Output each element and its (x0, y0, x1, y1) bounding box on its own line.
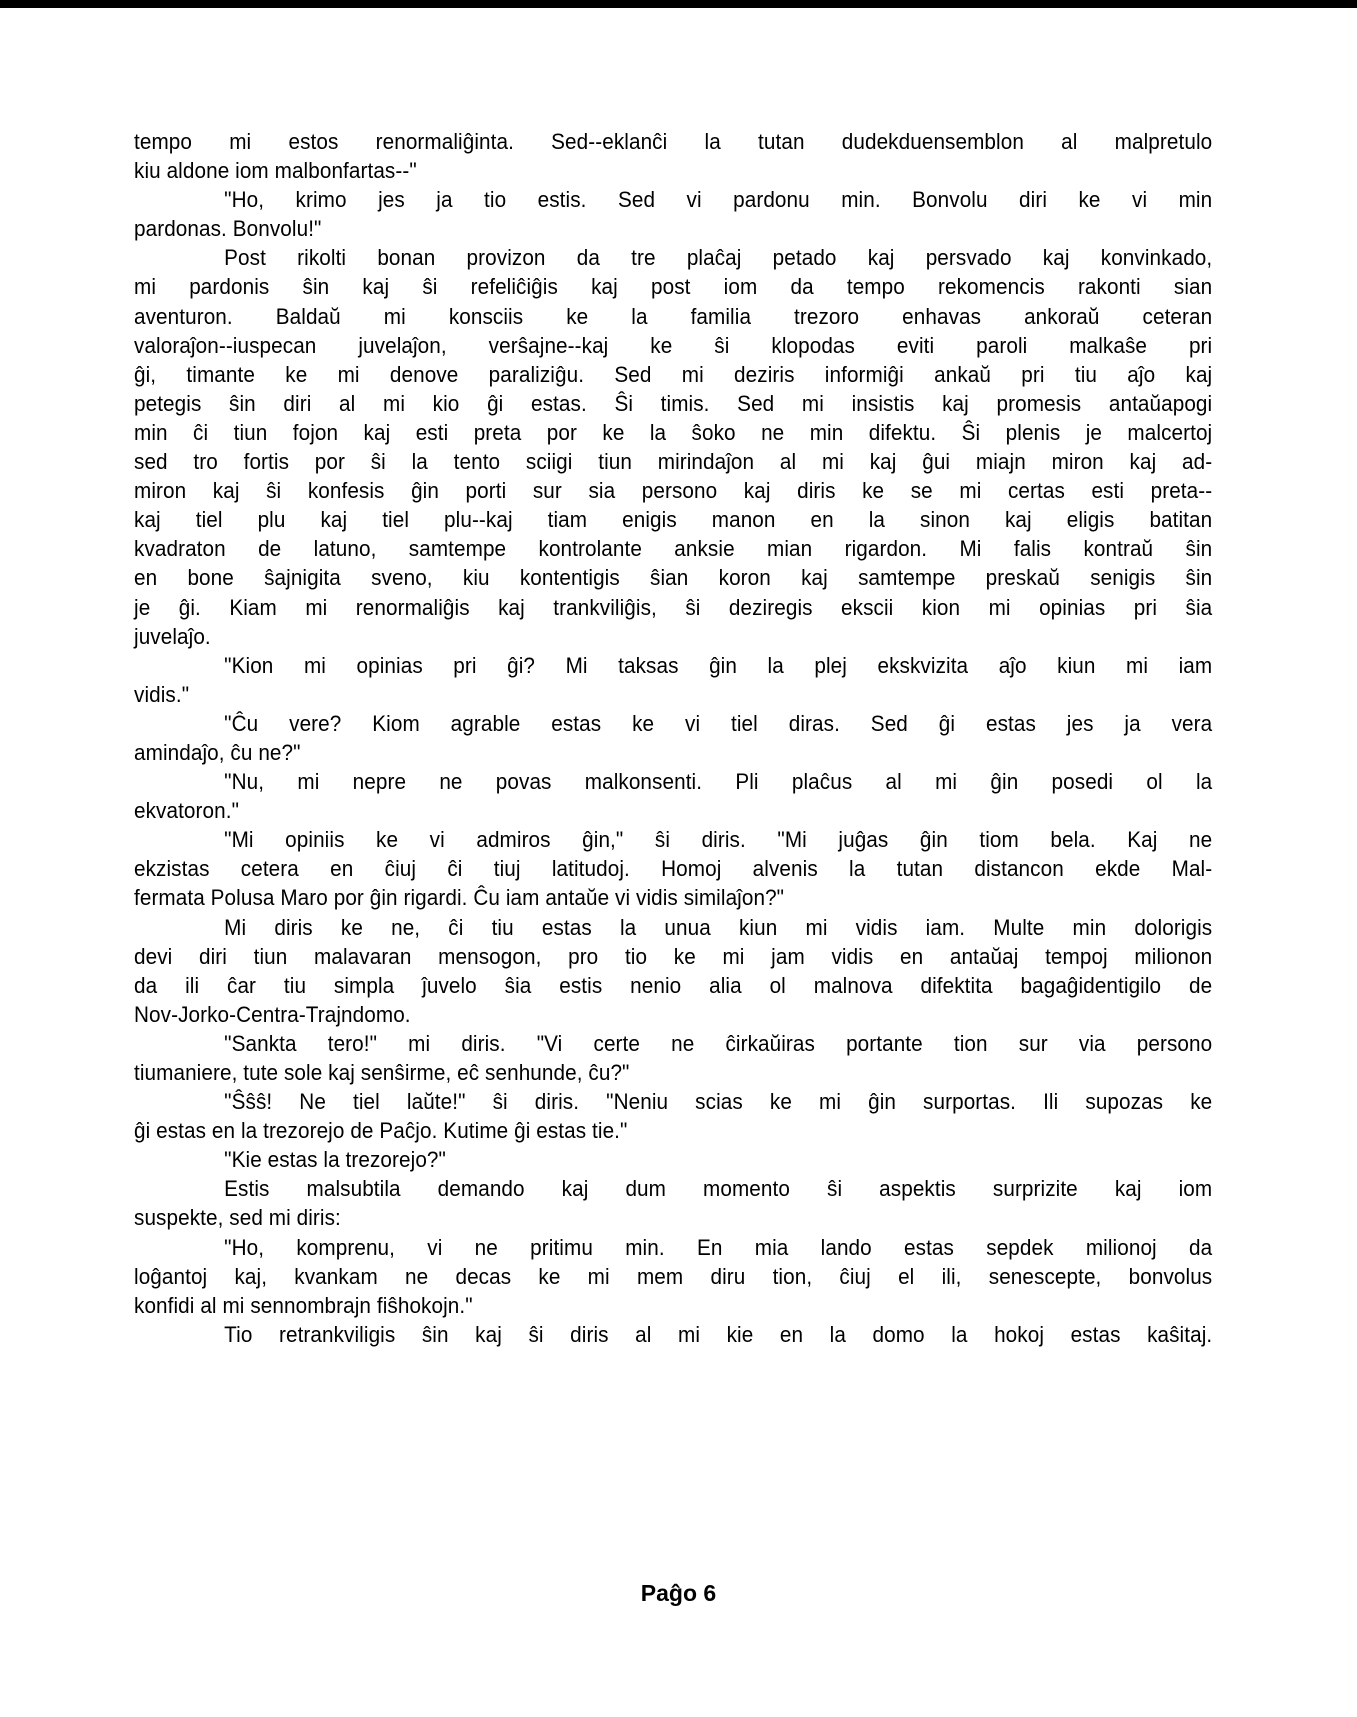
text-line: Estis malsubtila demando kaj dum momento… (134, 1174, 1212, 1203)
text-line: sed tro fortis por ŝi la tento sciigi ti… (134, 447, 1212, 476)
text-line: "Ho, krimo jes ja tio estis. Sed vi pard… (134, 185, 1212, 214)
text-line: "Ho, komprenu, vi ne pritimu min. En mia… (134, 1233, 1212, 1262)
text-line: "Ŝŝŝ! Ne tiel laŭte!" ŝi diris. "Neniu s… (134, 1087, 1212, 1116)
page-number: Paĝo 6 (0, 1580, 1357, 1607)
text-line: kaj tiel plu kaj tiel plu--kaj tiam enig… (134, 505, 1212, 534)
text-line: Mi diris ke ne, ĉi tiu estas la unua kiu… (134, 913, 1212, 942)
text-line: je ĝi. Kiam mi renormaliĝis kaj trankvil… (134, 593, 1212, 622)
text-line: "Sankta tero!" mi diris. "Vi certe ne ĉi… (134, 1029, 1212, 1058)
text-line: valoraĵon--iuspecan juvelaĵon, verŝajne-… (134, 331, 1212, 360)
text-line: fermata Polusa Maro por ĝin rigardi. Ĉu … (134, 883, 1212, 912)
text-line: Nov-Jorko-Centra-Trajndomo. (134, 1000, 1212, 1029)
scan-top-border (0, 0, 1357, 8)
text-line: petegis ŝin diri al mi kio ĝi estas. Ŝi … (134, 389, 1212, 418)
text-line: da ili ĉar tiu simpla ĵuvelo ŝia estis n… (134, 971, 1212, 1000)
text-line: tiumaniere, tute sole kaj senŝirme, eĉ s… (134, 1058, 1212, 1087)
text-line: amindaĵo, ĉu ne?" (134, 738, 1212, 767)
text-line: ĝi estas en la trezorejo de Paĉjo. Kutim… (134, 1116, 1212, 1145)
text-line: miron kaj ŝi konfesis ĝin porti sur sia … (134, 476, 1212, 505)
text-line: Tio retrankviligis ŝin kaj ŝi diris al m… (134, 1320, 1212, 1349)
text-line: min ĉi tiun fojon kaj esti preta por ke … (134, 418, 1212, 447)
text-line: aventuron. Baldaŭ mi konsciis ke la fami… (134, 302, 1212, 331)
text-line: pardonas. Bonvolu!" (134, 214, 1212, 243)
text-line: kiu aldone iom malbonfartas--" (134, 156, 1212, 185)
text-line: ĝi, timante ke mi denove paraliziĝu. Sed… (134, 360, 1212, 389)
text-line: "Kion mi opinias pri ĝi? Mi taksas ĝin l… (134, 651, 1212, 680)
text-line: suspekte, sed mi diris: (134, 1203, 1212, 1232)
text-line: vidis." (134, 680, 1212, 709)
text-line: ekvatoron." (134, 796, 1212, 825)
document-page-body: tempo mi estos renormaliĝinta. Sed--ekla… (134, 127, 1212, 1349)
text-line: "Mi opiniis ke vi admiros ĝin," ŝi diris… (134, 825, 1212, 854)
text-line: devi diri tiun malavaran mensogon, pro t… (134, 942, 1212, 971)
text-line: mi pardonis ŝin kaj ŝi refeliĉiĝis kaj p… (134, 272, 1212, 301)
text-line: "Nu, mi nepre ne povas malkonsenti. Pli … (134, 767, 1212, 796)
text-line: ekzistas cetera en ĉiuj ĉi tiuj latitudo… (134, 854, 1212, 883)
text-line: konfidi al mi sennombrajn fiŝhokojn." (134, 1291, 1212, 1320)
text-line: loĝantoj kaj, kvankam ne decas ke mi mem… (134, 1262, 1212, 1291)
text-line: "Ĉu vere? Kiom agrable estas ke vi tiel … (134, 709, 1212, 738)
text-line: tempo mi estos renormaliĝinta. Sed--ekla… (134, 127, 1212, 156)
text-line: kvadraton de latuno, samtempe kontrolant… (134, 534, 1212, 563)
text-line: "Kie estas la trezorejo?" (134, 1145, 1212, 1174)
text-line: en bone ŝajnigita sveno, kiu kontentigis… (134, 563, 1212, 592)
text-line: juvelaĵo. (134, 622, 1212, 651)
text-line: Post rikolti bonan provizon da tre plaĉa… (134, 243, 1212, 272)
